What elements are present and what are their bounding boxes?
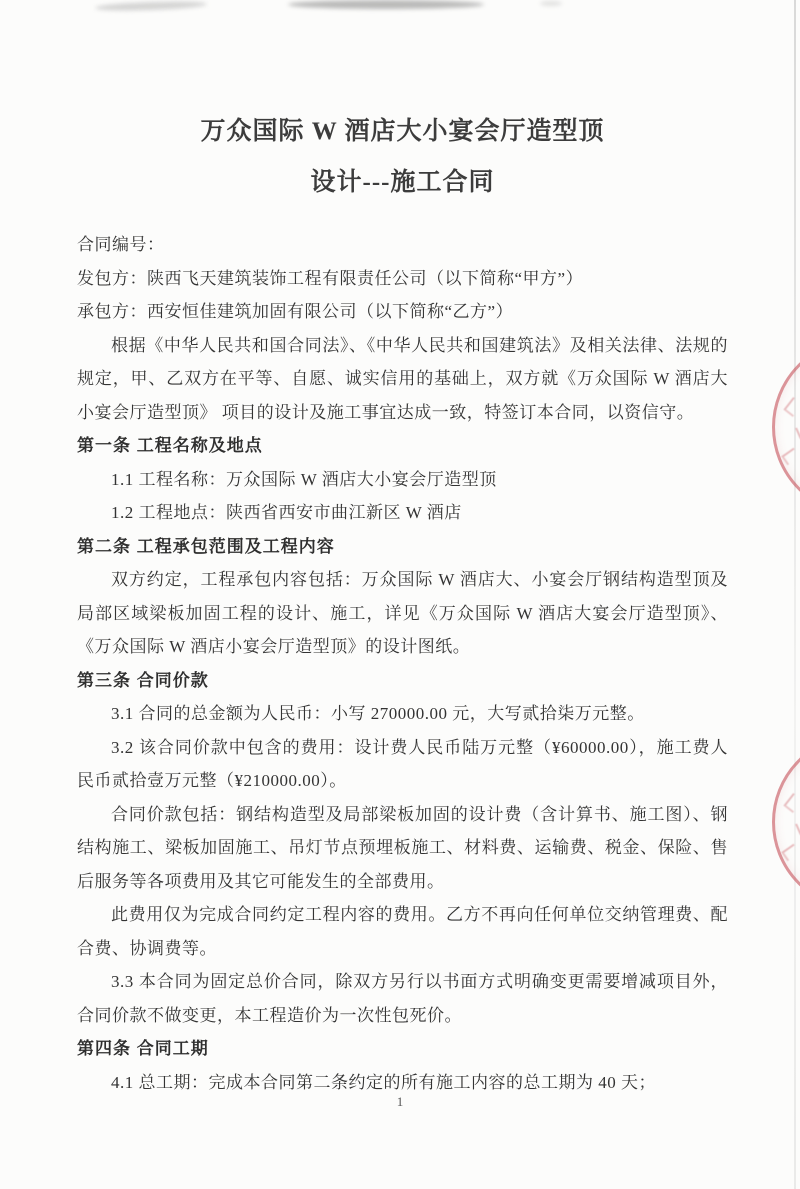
party-a-line: 发包方：陕西飞天建筑装饰工程有限责任公司（以下简称“甲方”） <box>77 262 728 296</box>
clause-1-2: 1.2 工程地点：陕西省西安市曲江新区 W 酒店 <box>77 496 728 530</box>
section-4-heading: 第四条 合同工期 <box>77 1032 728 1066</box>
price-includes-paragraph: 合同价款包括：钢结构造型及局部梁板加固的设计费（含计算书、施工图）、钢结构施工、… <box>77 798 728 899</box>
title-line-1: 万众国际 W 酒店大小宴会厅造型顶 <box>77 106 728 157</box>
clause-3-2: 3.2 该合同价款中包含的费用：设计费人民币陆万元整（¥60000.00），施工… <box>77 731 728 798</box>
preamble-paragraph: 根据《中华人民共和国合同法》、《中华人民共和国建筑法》及相关法律、法规的规定，甲… <box>77 329 728 430</box>
section-2-heading: 第二条 工程承包范围及工程内容 <box>77 530 728 564</box>
contract-number-line: 合同编号： <box>77 228 728 262</box>
document-title: 万众国际 W 酒店大小宴会厅造型顶 设计---施工合同 <box>77 106 728 208</box>
seal-mark <box>783 397 800 417</box>
party-b-line: 承包方：西安恒佳建筑加固有限公司（以下简称“乙方”） <box>77 295 728 329</box>
fees-note-paragraph: 此费用仅为完成合同约定工程内容的费用。乙方不再向任何单位交纳管理费、配合费、协调… <box>77 898 728 965</box>
section-3-heading: 第三条 合同价款 <box>77 664 728 698</box>
clause-1-1: 1.1 工程名称：万众国际 W 酒店大小宴会厅造型顶 <box>77 463 728 497</box>
clause-3-1: 3.1 合同的总金额为人民币：小写 270000.00 元，大写贰拾柒万元整。 <box>77 697 728 731</box>
scope-paragraph: 双方约定，工程承包内容包括：万众国际 W 酒店大、小宴会厅钢结构造型顶及局部区域… <box>77 563 728 664</box>
title-line-2: 设计---施工合同 <box>77 157 728 208</box>
seal-mark <box>795 423 800 440</box>
section-1-heading: 第一条 工程名称及地点 <box>77 429 728 463</box>
scan-edge-line <box>794 0 796 1189</box>
document-body: 万众国际 W 酒店大小宴会厅造型顶 设计---施工合同 合同编号： 发包方：陕西… <box>77 0 728 1099</box>
seal-mark <box>781 448 800 466</box>
contract-page: 万众国际 W 酒店大小宴会厅造型顶 设计---施工合同 合同编号： 发包方：陕西… <box>0 0 800 1189</box>
seal-mark <box>781 844 800 862</box>
seal-mark <box>783 793 800 813</box>
page-number: 1 <box>0 1094 800 1110</box>
seal-mark <box>795 819 800 836</box>
clause-3-3: 3.3 本合同为固定总价合同，除双方另行以书面方式明确变更需要增减项目外，合同价… <box>77 965 728 1032</box>
